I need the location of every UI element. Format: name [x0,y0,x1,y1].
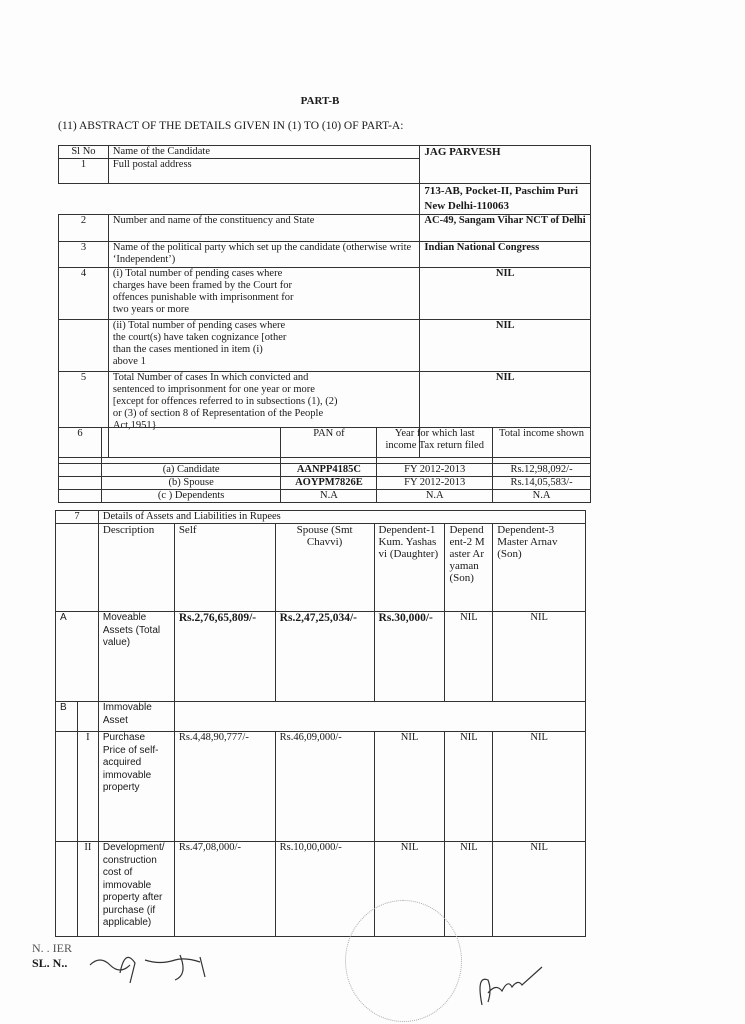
col-description: Description [98,524,174,612]
income-amount: N.A [493,490,591,503]
income-amount: Rs.14,05,583/- [493,477,591,490]
blank-cell [59,477,102,490]
row-sl: 2 [59,215,109,242]
year-header: Year for which last income Tax return fi… [377,428,493,464]
pending-cases-ii: NIL [420,320,591,372]
row-sl [59,320,109,372]
pending-cases-i: NIL [420,268,591,320]
income-header: Total income shown [493,428,591,464]
income-who: (c ) Dependents [101,490,281,503]
row-label: Immovable Asset [98,702,174,732]
moveable-dep3: NIL [493,612,586,702]
blank-cell [56,524,99,612]
purchase-dep2: NIL [445,732,493,842]
abstract-heading: (11) ABSTRACT OF THE DETAILS GIVEN IN (1… [58,120,403,132]
income-year: FY 2012-2013 [377,477,493,490]
development-dep2: NIL [445,842,493,937]
candidate-name: JAG PARVESH [420,146,591,184]
purchase-self: Rs.4,48,90,777/- [174,732,275,842]
blank-cell [77,702,98,732]
assets-title: Details of Assets and Liabilities in Rup… [98,511,585,524]
row-sl: 4 [59,268,109,320]
constituency: AC-49, Sangam Vihar NCT of Delhi [420,215,591,242]
moveable-dep2: NIL [445,612,493,702]
official-stamp-icon [345,900,462,1022]
row-code: II [77,842,98,937]
development-dep3: NIL [493,842,586,937]
blank-cell [56,842,78,937]
income-table: 6 PAN of Year for which last income Tax … [58,427,591,503]
income-who: (b) Spouse [101,477,281,490]
income-who: (a) Candidate [101,464,281,477]
row-label: (i) Total number of pending cases where … [108,268,420,320]
income-pan: N.A [281,490,377,503]
row-label: Number and name of the constituency and … [108,215,420,242]
blank-cell [56,732,78,842]
income-pan: AOYPM7826E [281,477,377,490]
candidate-details-table: Sl No Name of the Candidate JAG PARVESH … [58,145,591,458]
development-self: Rs.47,08,000/- [174,842,275,937]
row-label: Full postal address [108,159,420,184]
purchase-dep3: NIL [493,732,586,842]
row-sl: 7 [56,511,99,524]
col-dependent-2: Dependent-2 Master Aryaman (Son) [445,524,493,612]
income-year: N.A [377,490,493,503]
col-dependent-3: Dependent-3 Master Arnav (Son) [493,524,586,612]
blank-cell [59,490,102,503]
assets-table: 7 Details of Assets and Liabilities in R… [55,510,586,937]
row-label: Moveable Assets (Total value) [98,612,174,702]
row-code: I [77,732,98,842]
blank-cell [101,428,281,464]
row-sl: 6 [59,428,102,464]
row-label: (ii) Total number of pending cases where… [108,320,420,372]
sl-header: Sl No [59,146,109,159]
blank-cell [59,464,102,477]
row-label: Purchase Price of self-acquired immovabl… [98,732,174,842]
row-code: B [56,702,78,732]
row-label: Name of the Candidate [108,146,420,159]
row-code: A [56,612,99,702]
moveable-dep1: Rs.30,000/- [374,612,445,702]
col-dependent-1: Dependent-1 Kum. Yashasvi (Daughter) [374,524,445,612]
part-title: PART-B [0,95,640,107]
col-spouse: Spouse (Smt Chavvi) [275,524,374,612]
moveable-spouse: Rs.2,47,25,034/- [275,612,374,702]
income-year: FY 2012-2013 [377,464,493,477]
col-self: Self [174,524,275,612]
party: Indian National Congress [420,242,591,268]
income-amount: Rs.12,98,092/- [493,464,591,477]
signature-icon [470,955,550,1015]
handwritten-signature-icon [60,945,230,985]
postal-address: 713-AB, Pocket-II, Paschim Puri New Delh… [420,184,591,215]
moveable-self: Rs.2,76,65,809/- [174,612,275,702]
blank-cell [174,702,585,732]
purchase-dep1: NIL [374,732,445,842]
row-label: Development/ construction cost of immova… [98,842,174,937]
row-sl: 1 [59,159,109,184]
row-label: Name of the political party which set up… [108,242,420,268]
pan-header: PAN of [281,428,377,464]
row-sl: 3 [59,242,109,268]
income-pan: AANPP4185C [281,464,377,477]
purchase-spouse: Rs.46,09,000/- [275,732,374,842]
